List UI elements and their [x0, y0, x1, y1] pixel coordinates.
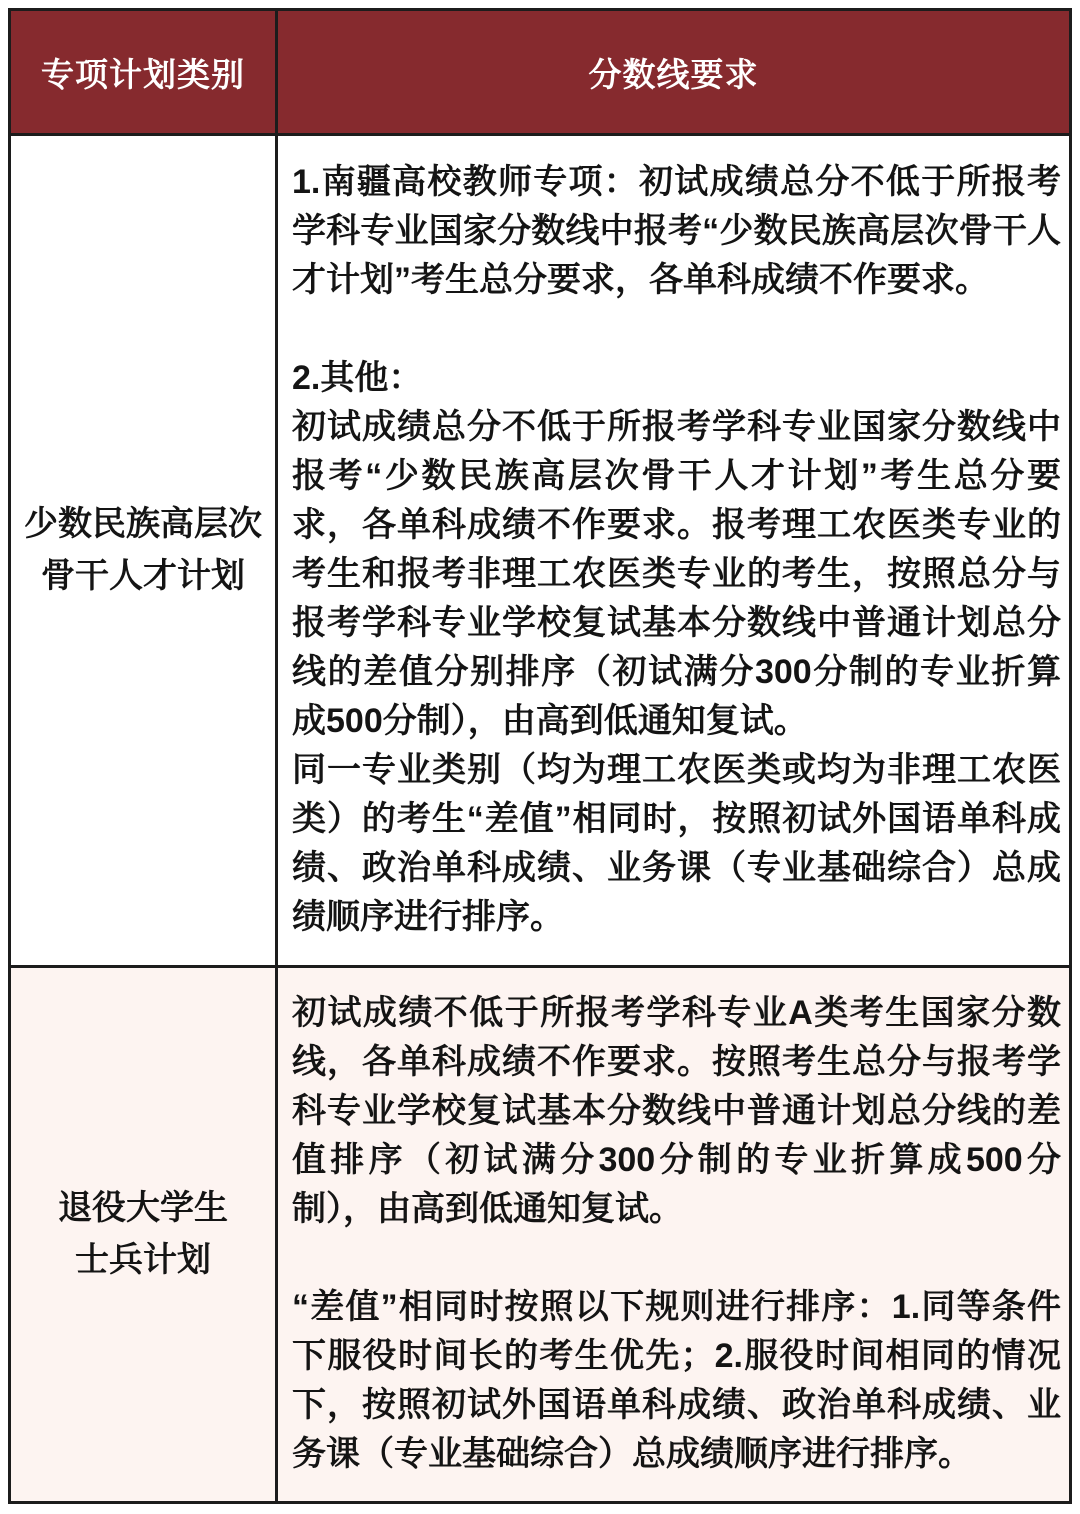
table-row-veteran-plan: 退役大学生 士兵计划 初试成绩不低于所报考学科专业A类考生国家分数线，各单科成绩…: [10, 966, 1071, 1502]
paragraph-nanjiang-teacher: 1.南疆高校教师专项：初试成绩总分不低于所报考学科专业国家分数线中报考“少数民族…: [292, 158, 1061, 305]
paragraph-other-body: 初试成绩总分不低于所报考学科专业国家分数线中报考“少数民族高层次骨干人才计划”考…: [292, 403, 1061, 746]
paragraph-tiebreak-rule: 同一专业类别（均为理工农医类或均为非理工农医类）的考生“差值”相同时，按照初试外…: [292, 746, 1061, 942]
table-header: 专项计划类别 分数线要求: [10, 10, 1071, 135]
requirement-cell-minority-plan: 1.南疆高校教师专项：初试成绩总分不低于所报考学科专业国家分数线中报考“少数民族…: [277, 135, 1071, 967]
header-row: 专项计划类别 分数线要求: [10, 10, 1071, 135]
category-cell-veteran-plan: 退役大学生 士兵计划: [10, 966, 277, 1502]
header-cell-requirement: 分数线要求: [277, 10, 1071, 135]
paragraph-veteran-main-rule: 初试成绩不低于所报考学科专业A类考生国家分数线，各单科成绩不作要求。按照考生总分…: [292, 989, 1061, 1234]
score-requirements-table: 专项计划类别 分数线要求 少数民族高层次 骨干人才计划 1.南疆高校教师专项：初…: [8, 8, 1072, 1504]
table-row-minority-plan: 少数民族高层次 骨干人才计划 1.南疆高校教师专项：初试成绩总分不低于所报考学科…: [10, 135, 1071, 967]
category-cell-minority-plan: 少数民族高层次 骨干人才计划: [10, 135, 277, 967]
page: 专项计划类别 分数线要求 少数民族高层次 骨干人才计划 1.南疆高校教师专项：初…: [0, 0, 1080, 1514]
paragraph-other-heading: 2.其他：: [292, 354, 1061, 403]
paragraph-veteran-tiebreak-rule: “差值”相同时按照以下规则进行排序：1.同等条件下服役时间长的考生优先；2.服役…: [292, 1283, 1061, 1479]
requirement-cell-veteran-plan: 初试成绩不低于所报考学科专业A类考生国家分数线，各单科成绩不作要求。按照考生总分…: [277, 966, 1071, 1502]
header-cell-category: 专项计划类别: [10, 10, 277, 135]
